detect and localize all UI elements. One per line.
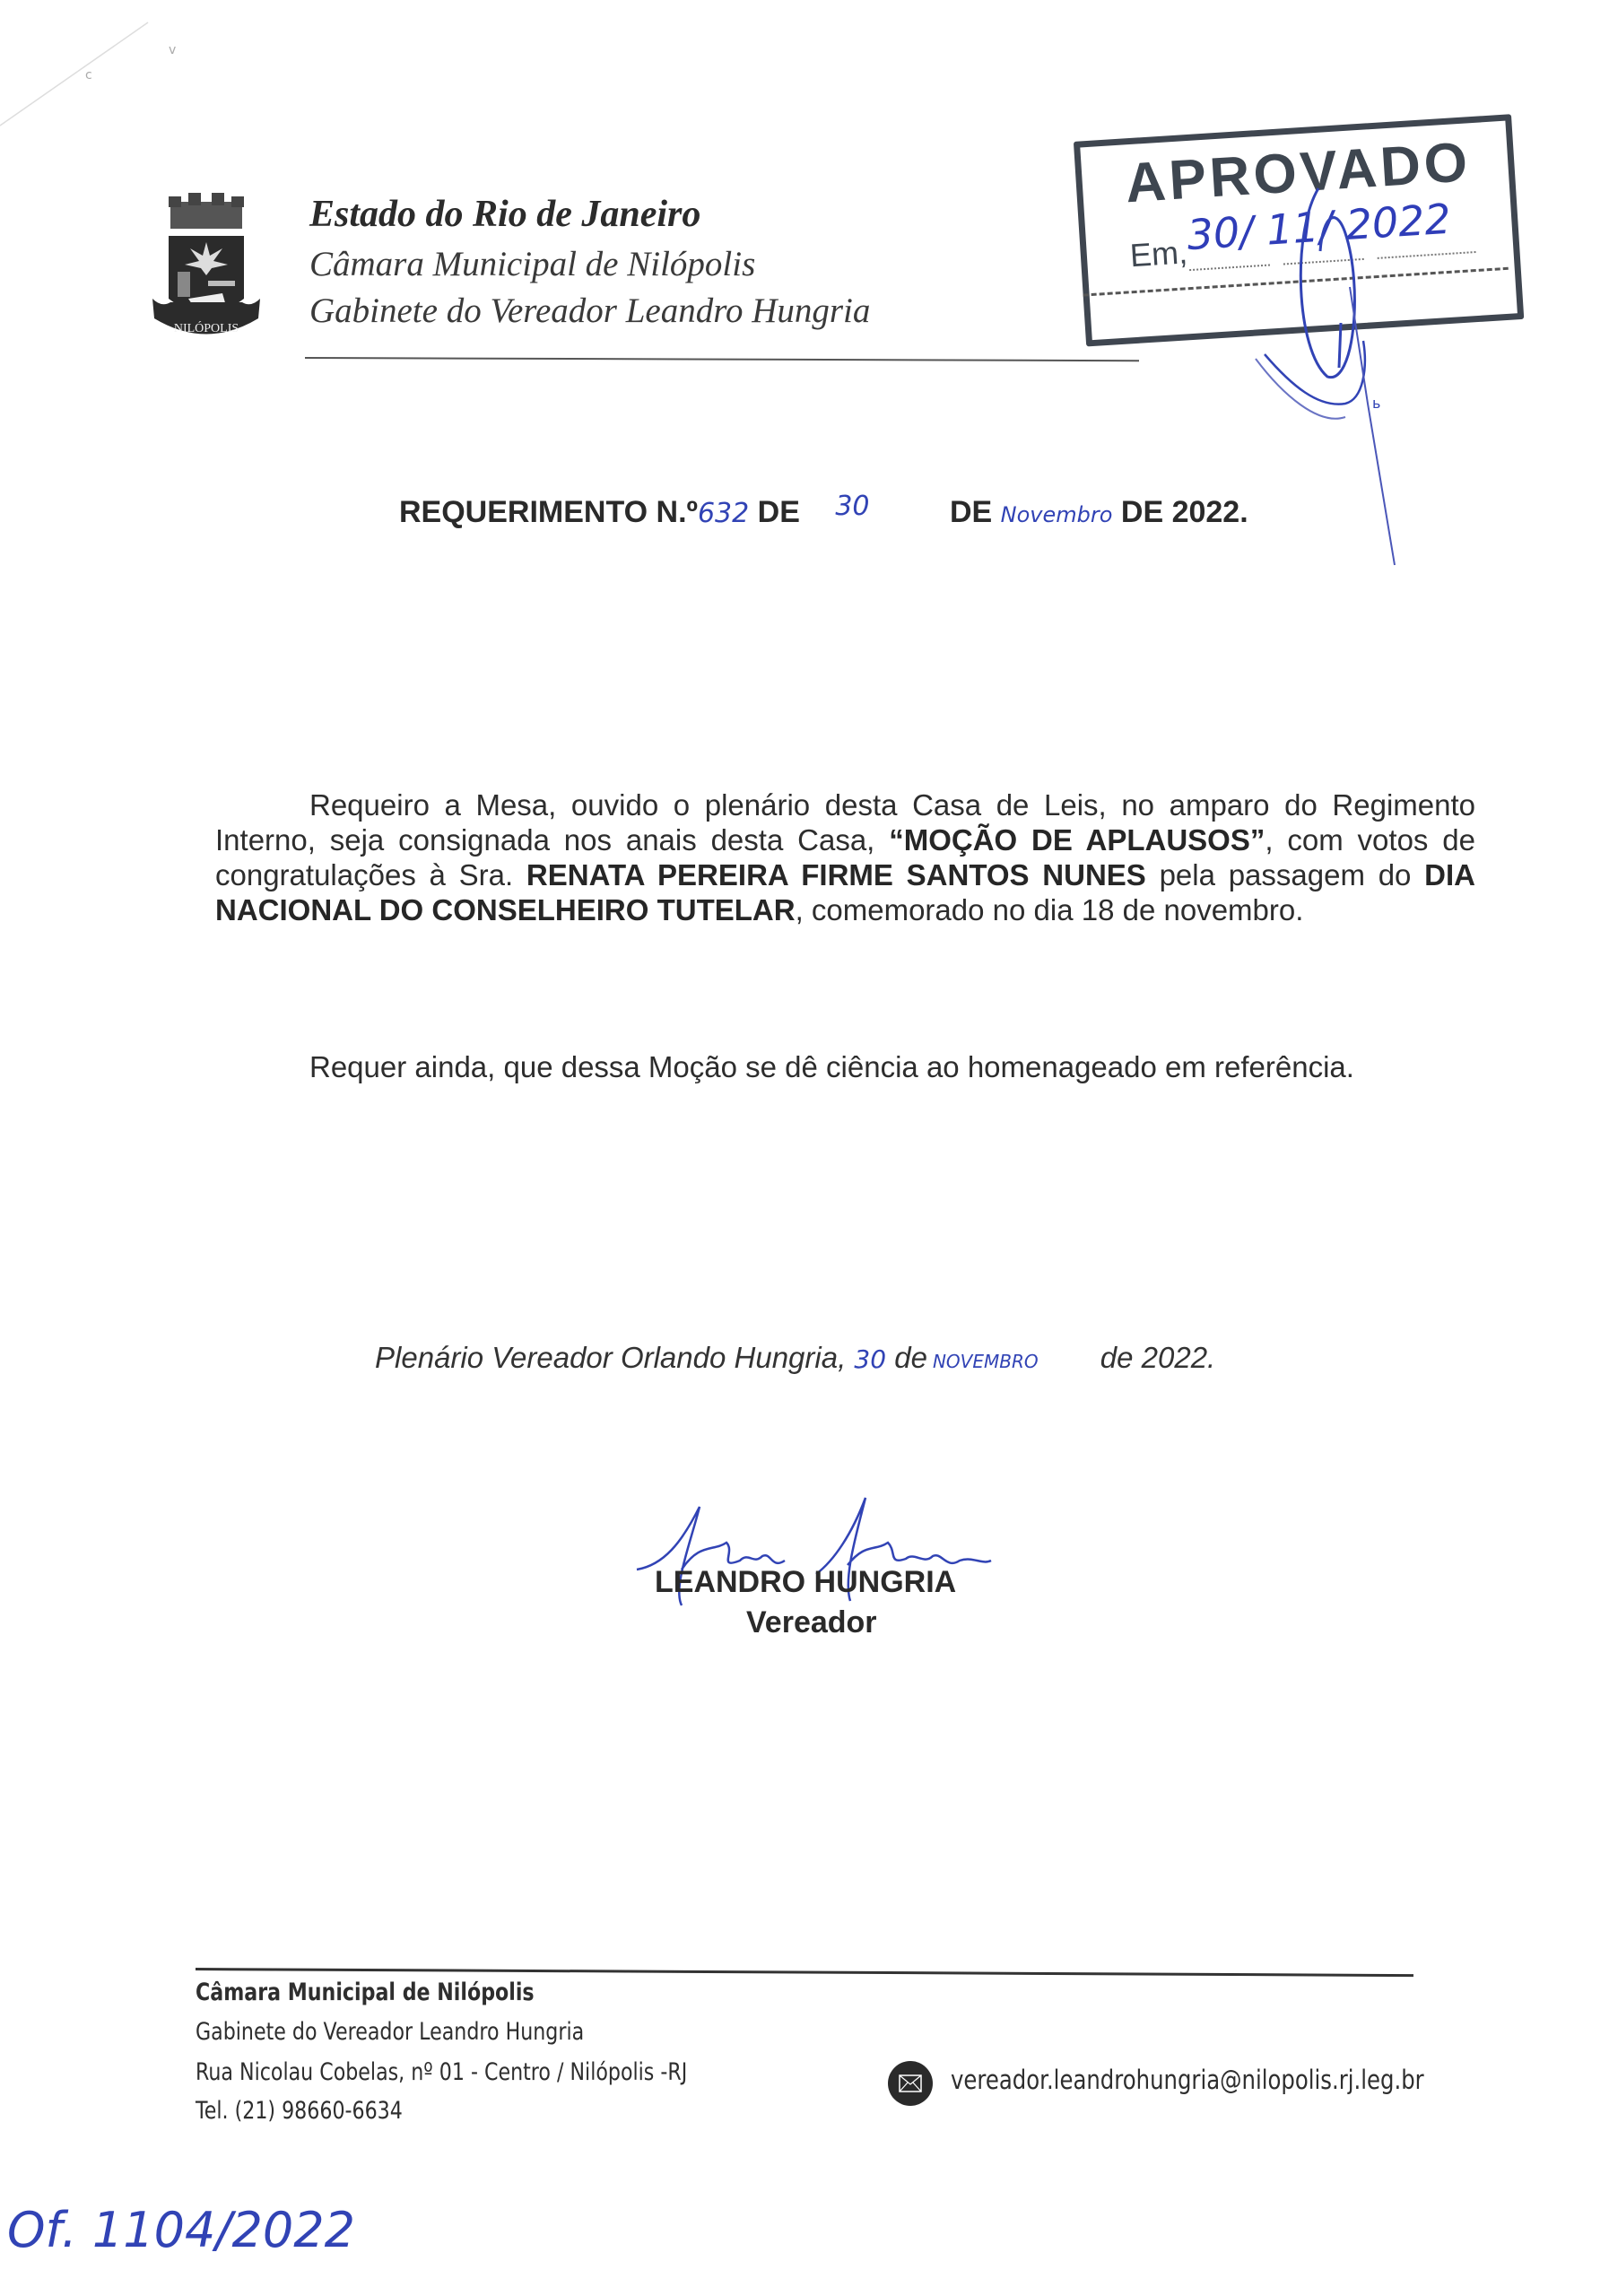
footer-email[interactable]: vereador.leandrohungria@nilopolis.rj.leg… xyxy=(951,2065,1424,2095)
mocao-title: “MOÇÃO DE APLAUSOS” xyxy=(889,823,1265,857)
stamp-em-label: Em, xyxy=(1129,233,1189,274)
requerimento-day: 30 xyxy=(835,491,869,522)
svg-text:NILÓPOLIS: NILÓPOLIS xyxy=(174,320,239,335)
body-paragraph-1: Requeiro a Mesa, ouvido o plenário desta… xyxy=(215,787,1475,927)
requerimento-title: REQUERIMENTO N.º632 DE 30 DE Novembro DE… xyxy=(399,491,1248,530)
place-date-month: NOVEMBRO xyxy=(933,1351,1039,1372)
footer-divider xyxy=(196,1968,1413,1977)
requerimento-de2: DE xyxy=(950,495,992,530)
header-subtitle-camara: Câmara Municipal de Nilópolis xyxy=(309,244,755,284)
signature-scribble xyxy=(628,1489,1005,1623)
signatory-name: LEANDRO HUNGRIA xyxy=(655,1565,956,1600)
requerimento-year: DE 2022. xyxy=(1121,495,1248,530)
footer-camara: Câmara Municipal de Nilópolis xyxy=(196,1979,535,2006)
place-date-day: 30 xyxy=(854,1344,886,1374)
header-title: Estado do Rio de Janeiro xyxy=(309,193,700,236)
body-paragraph-2: Requer ainda, que dessa Moção se dê ciên… xyxy=(215,1049,1475,1084)
requerimento-number: 632 xyxy=(698,498,749,529)
svg-text:ь: ь xyxy=(1372,395,1380,412)
header-subtitle-gabinete: Gabinete do Vereador Leandro Hungria xyxy=(309,291,870,331)
footer-gabinete: Gabinete do Vereador Leandro Hungria xyxy=(196,2018,584,2046)
envelope-icon xyxy=(888,2061,933,2106)
header-divider xyxy=(305,357,1139,361)
place-date: Plenário Vereador Orlando Hungria, 30 de… xyxy=(375,1341,1215,1375)
requerimento-prefix: REQUERIMENTO N.º xyxy=(399,495,698,530)
requerimento-de: DE xyxy=(758,495,800,530)
scan-artifact: c v xyxy=(0,0,269,143)
svg-text:c: c xyxy=(85,68,92,83)
municipal-crest-icon: NILÓPOLIS xyxy=(152,193,260,345)
signatory-role: Vereador xyxy=(746,1605,877,1640)
requerimento-month: Novembro xyxy=(1001,502,1113,527)
office-number-note: Of. 1104/2022 xyxy=(7,2202,355,2258)
footer-phone: Tel. (21) 98660-6634 xyxy=(196,2097,403,2125)
svg-text:v: v xyxy=(169,43,176,57)
footer-address: Rua Nicolau Cobelas, nº 01 - Centro / Ni… xyxy=(196,2058,687,2086)
honoree-name: RENATA PEREIRA FIRME SANTOS NUNES xyxy=(526,858,1146,891)
